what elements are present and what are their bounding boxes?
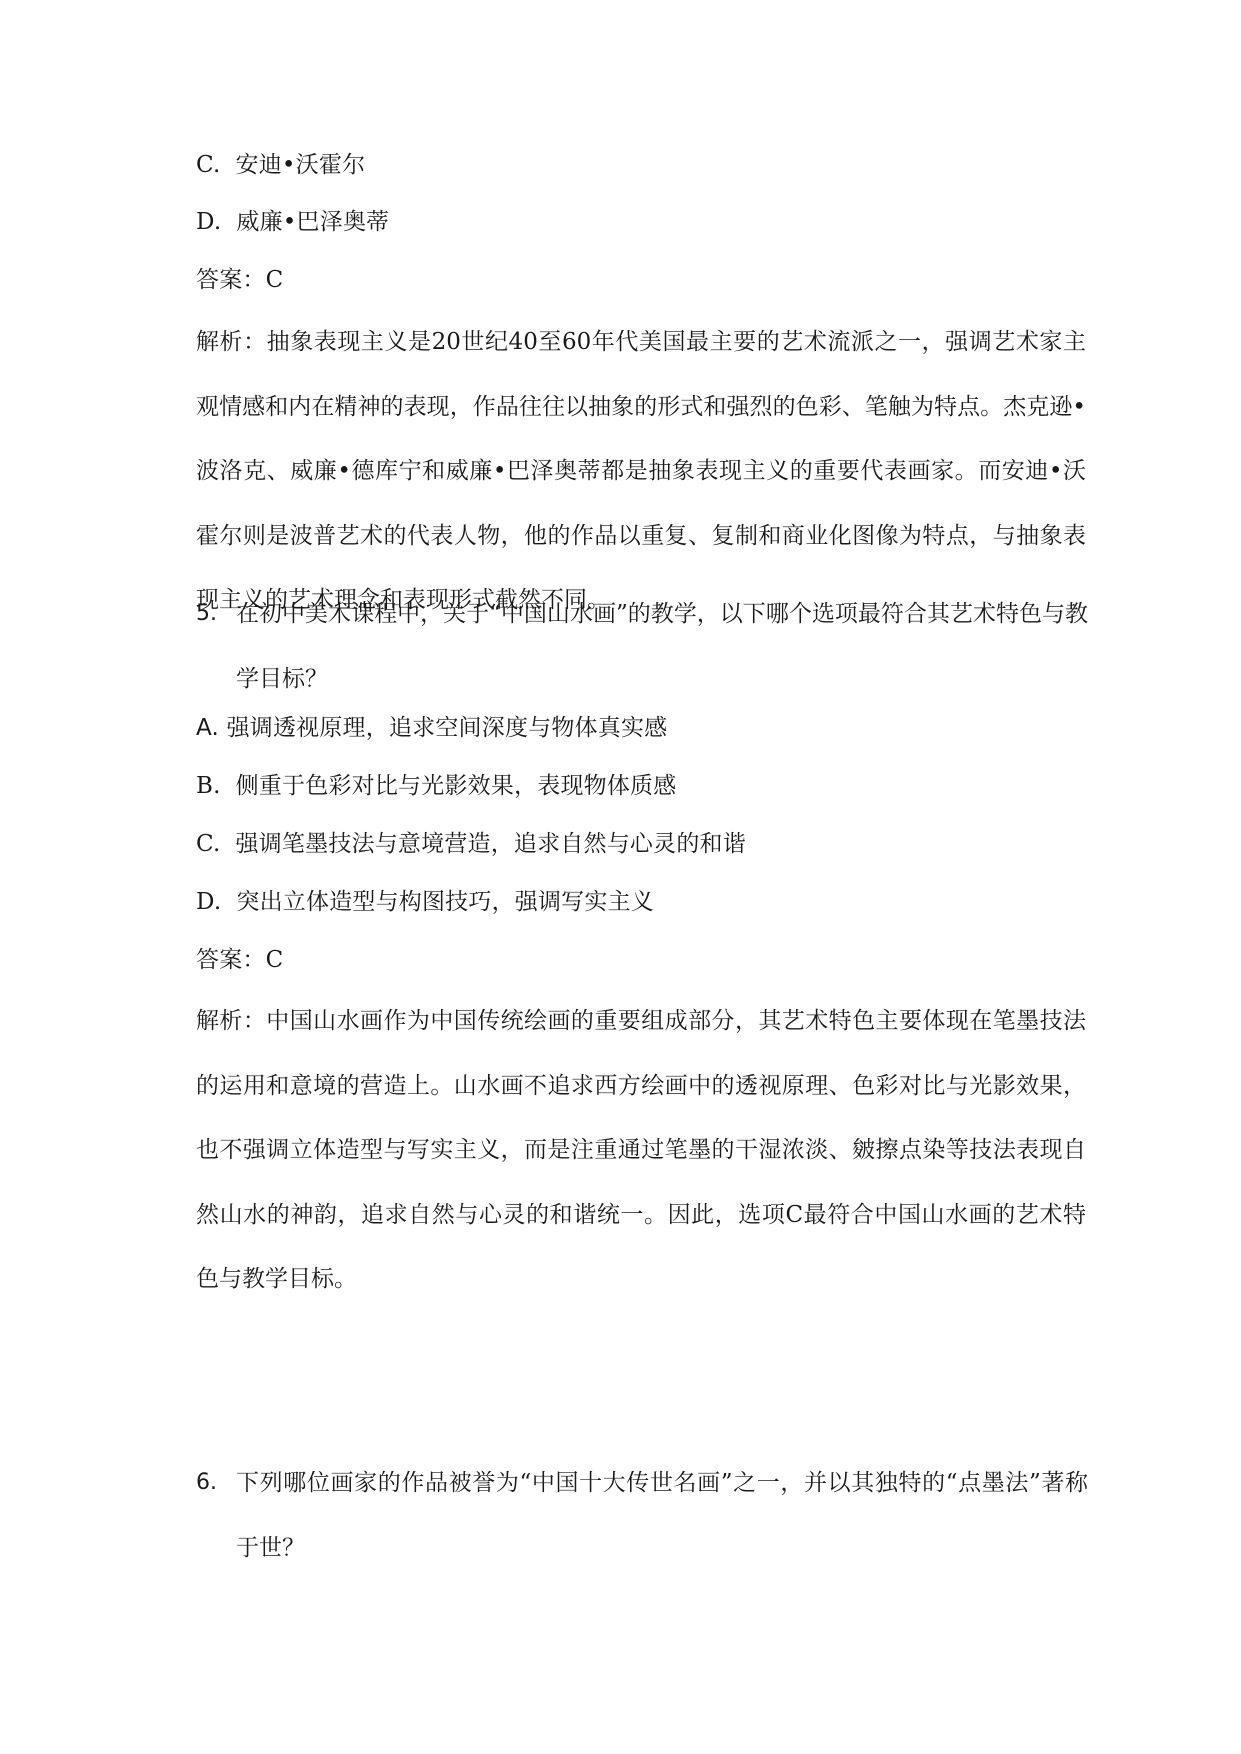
analysis: 解析：中国山水画作为中国传统绘画的重要组成部分，其艺术特色主要体现在笔墨技法的运… <box>196 989 1086 1312</box>
document-page: C. 安迪•沃霍尔 D. 威廉•巴泽奥蒂 答案：C 解析：抽象表现主义是20世纪… <box>0 0 1241 1754</box>
option-c: C. 强调笔墨技法与意境营造，追求自然与心灵的和谐 <box>196 829 746 859</box>
option-label: C. <box>196 152 221 178</box>
question-number: 5. <box>196 599 217 629</box>
question-number: 6. <box>196 1468 217 1498</box>
option-label: C. <box>196 831 221 857</box>
answer: 答案：C <box>196 945 283 975</box>
answer: 答案：C <box>196 265 283 295</box>
question-text: 在初中美术课程中，关于“中国山水画”的教学，以下哪个选项最符合其艺术特色与教学目… <box>236 582 1088 711</box>
question-text: 下列哪位画家的作品被誉为“中国十大传世名画”之一，并以其独特的“点墨法”著称于世… <box>236 1451 1088 1580</box>
option-label: B. <box>196 773 221 799</box>
option-b: B. 侧重于色彩对比与光影效果，表现物体质感 <box>196 771 676 801</box>
option-a: A. 强调透视原理，追求空间深度与物体真实感 <box>196 713 667 743</box>
option-text: 侧重于色彩对比与光影效果，表现物体质感 <box>236 773 677 799</box>
option-label: D. <box>196 209 221 235</box>
option-label: A. <box>196 715 219 741</box>
option-d: D. 威廉•巴泽奥蒂 <box>196 207 389 237</box>
option-text: 安迪•沃霍尔 <box>236 152 366 178</box>
option-c: C. 安迪•沃霍尔 <box>196 150 365 180</box>
option-text: 强调透视原理，追求空间深度与物体真实感 <box>227 715 668 741</box>
option-text: 强调笔墨技法与意境营造，追求自然与心灵的和谐 <box>236 831 746 857</box>
option-label: D. <box>196 889 221 915</box>
option-d: D. 突出立体造型与构图技巧，强调写实主义 <box>196 887 654 917</box>
option-text: 威廉•巴泽奥蒂 <box>236 209 389 235</box>
option-text: 突出立体造型与构图技巧，强调写实主义 <box>236 889 654 915</box>
